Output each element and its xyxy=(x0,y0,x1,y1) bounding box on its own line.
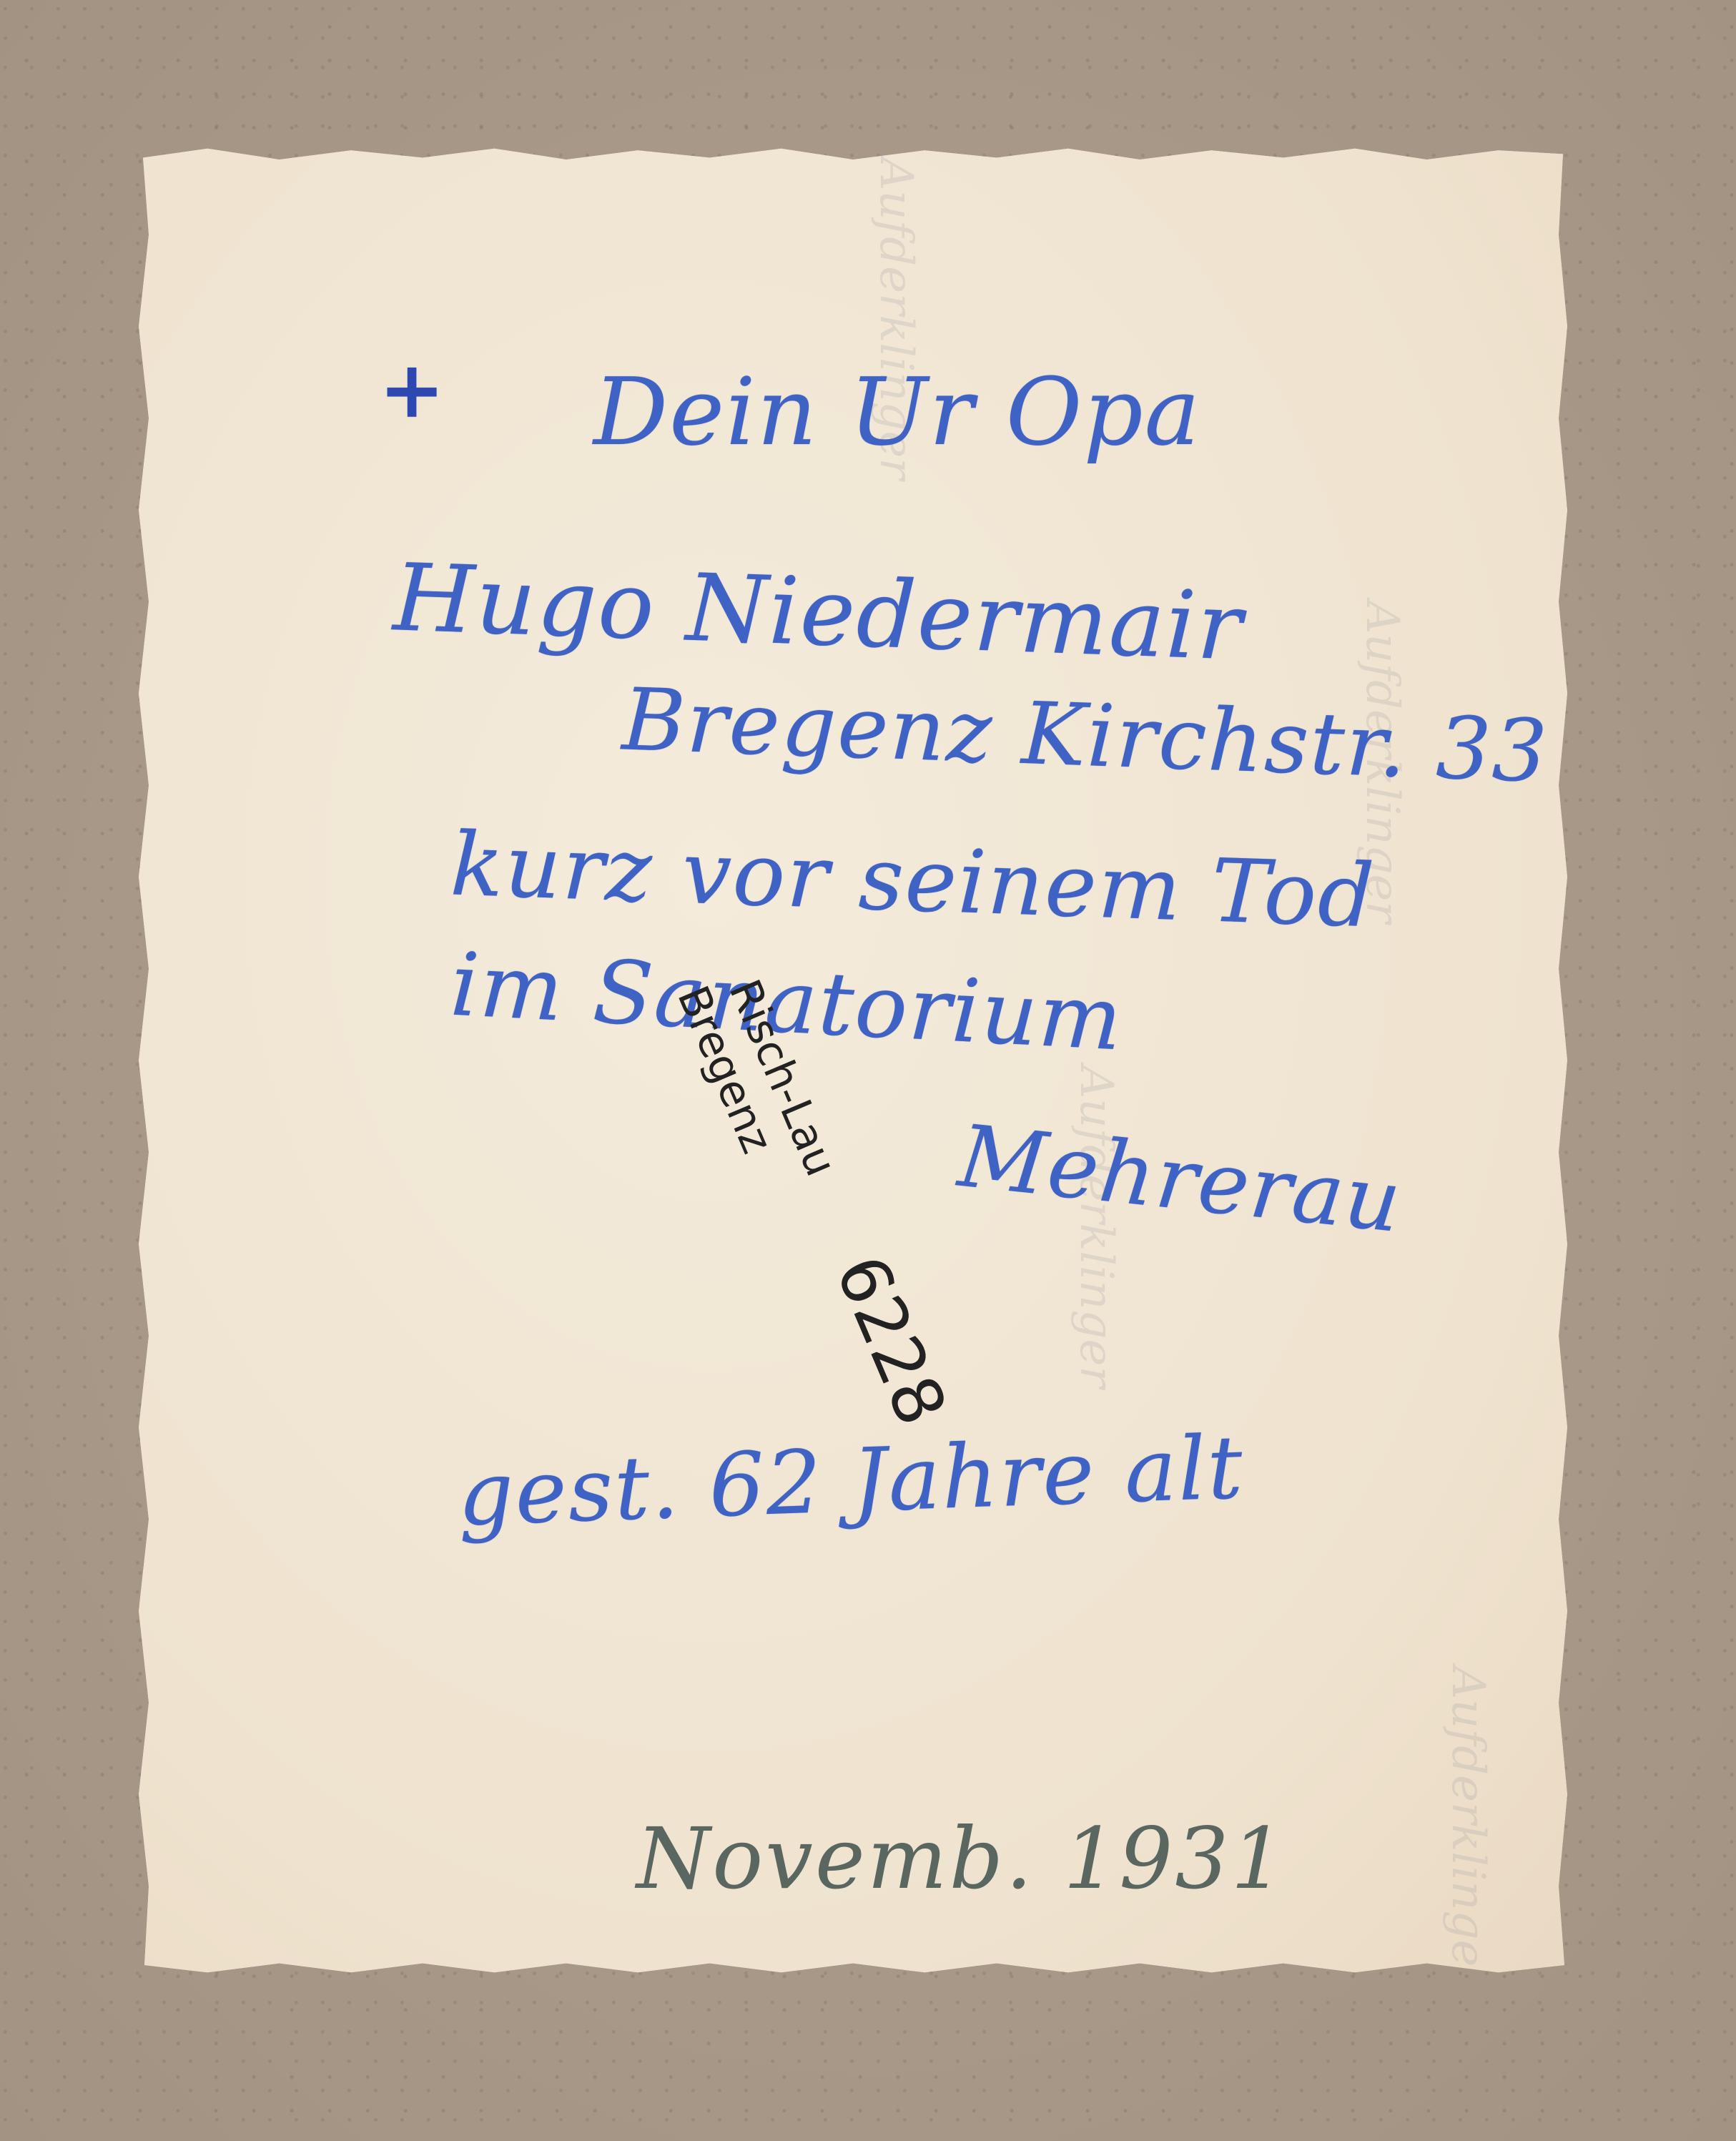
handwritten-line: Mehrerau xyxy=(954,1107,1406,1252)
ghost-impression: Aufderklinger xyxy=(1070,1065,1123,1388)
ghost-impression: Aufderklinger xyxy=(1441,1666,1494,1989)
photo-back-card: Aufderklinger Aufderklinger Aufderklinge… xyxy=(136,143,1570,1978)
date-note: Novemb. 1931 xyxy=(636,1809,1287,1908)
handwritten-line: Dein Ur Opa xyxy=(593,358,1201,466)
handwritten-line: gest. 62 Jahre alt xyxy=(456,1417,1246,1545)
cross-symbol: + xyxy=(379,343,446,435)
handwritten-line: Hugo Niedermair xyxy=(392,543,1246,681)
stamp-number: 6228 xyxy=(820,1244,962,1437)
handwritten-line: Bregenz Kirchstr. 33 xyxy=(621,670,1550,802)
handwritten-line: kurz vor seinem Tod xyxy=(449,813,1377,947)
